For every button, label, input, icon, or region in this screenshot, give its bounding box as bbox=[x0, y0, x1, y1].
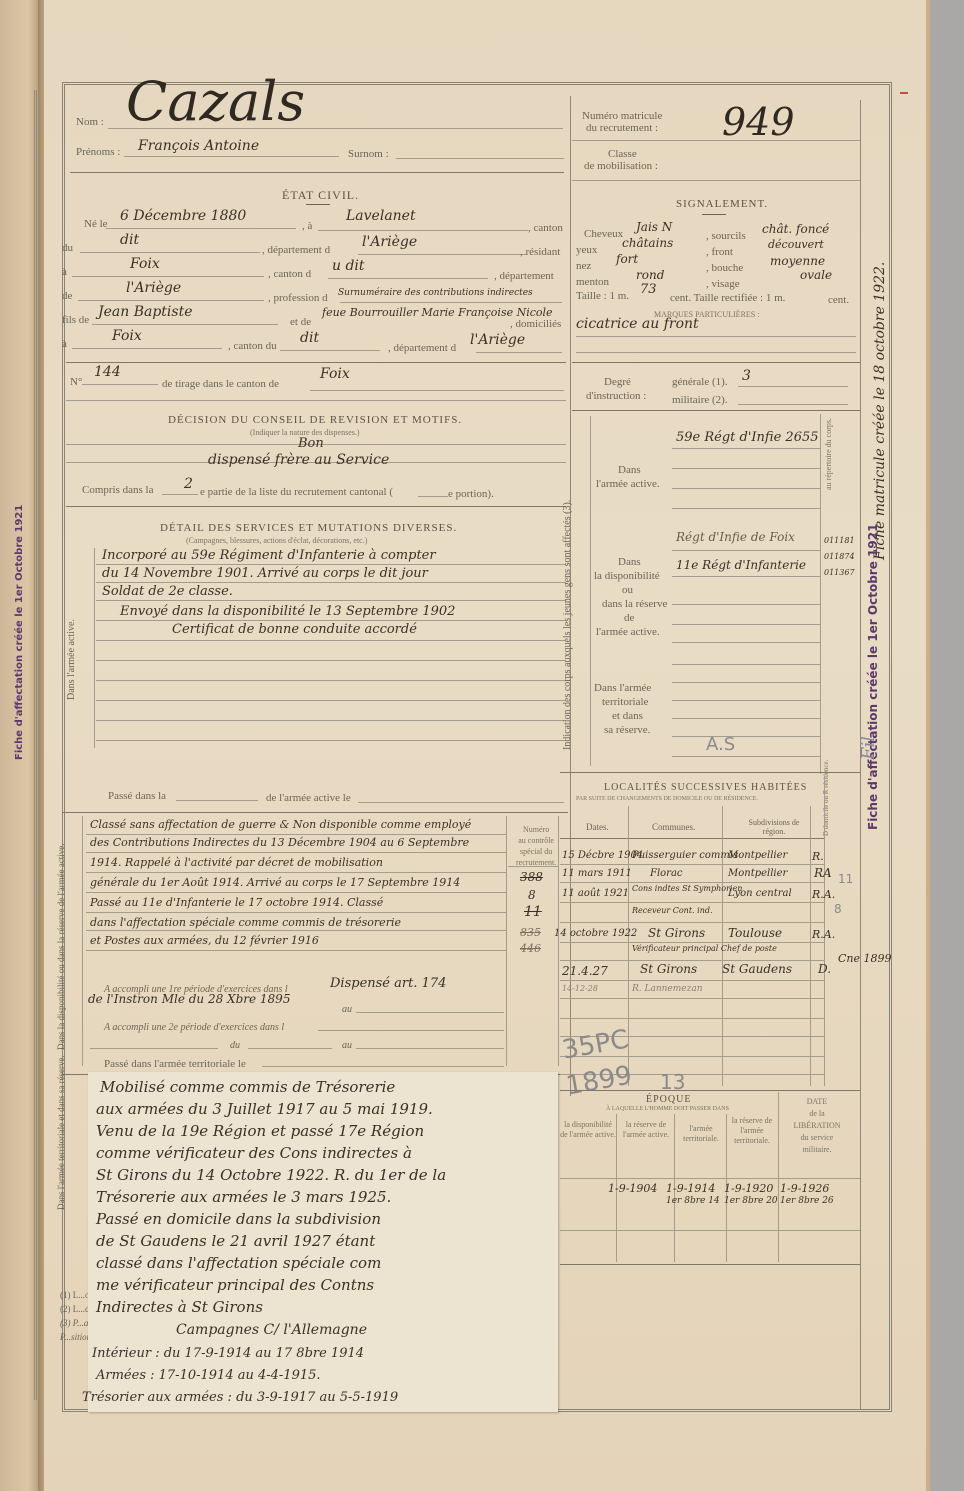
profession-value: Surnuméraire des contributions indirecte… bbox=[338, 288, 533, 298]
row-commune: Vérificateur principal Chef de poste bbox=[632, 944, 777, 953]
menton-value: rond bbox=[636, 268, 664, 282]
bouche-value: moyenne bbox=[770, 254, 825, 268]
active-label-1: Dans bbox=[618, 464, 641, 476]
numero-header-line: au contrôle bbox=[516, 835, 556, 846]
a2-value: Foix bbox=[130, 256, 160, 272]
militaire-label: militaire (2). bbox=[672, 394, 728, 406]
row-date: 11 mars 1911 bbox=[562, 868, 632, 879]
canton3-value: dit bbox=[300, 330, 319, 346]
ne-le-label: Né le bbox=[84, 218, 108, 230]
localites-subtitle: PAR SUITE DE CHANGEMENTS DE DOMICILE OU … bbox=[576, 796, 758, 802]
numero-value: 835 bbox=[520, 926, 541, 939]
liberation-header-line: de la bbox=[784, 1108, 850, 1120]
epoque-value: 1-9-1904 bbox=[608, 1182, 657, 1195]
liberation-header-line: DATE bbox=[784, 1096, 850, 1108]
visage-label: , visage bbox=[706, 278, 740, 290]
campagne-line: Trésorier aux armées : du 3-9-1917 au 5-… bbox=[82, 1390, 398, 1405]
front-value: découvert bbox=[768, 238, 824, 251]
epoque-value-row2: 1er 8bre 20 bbox=[724, 1196, 778, 1206]
row-subdivision: St Gaudens bbox=[722, 962, 792, 976]
territoriale-line: Trésorerie aux armées le 3 mars 1925. bbox=[96, 1188, 391, 1206]
epoque-title: ÉPOQUE bbox=[646, 1094, 691, 1105]
canton2-label: , canton d bbox=[268, 268, 311, 280]
localites-col-subdivisions: Subdivisions de région. bbox=[744, 818, 804, 836]
row-commune: Receveur Cont. ind. bbox=[632, 906, 713, 915]
visage-value: ovale bbox=[800, 268, 832, 282]
numero-value: 446 bbox=[520, 942, 541, 955]
classe-label-1: Classe bbox=[608, 148, 637, 160]
signature: Fil bbox=[858, 736, 879, 760]
taille-value: 73 bbox=[640, 282, 657, 297]
row-date: 21.4.27 bbox=[562, 964, 608, 978]
instruction-label-1: Degré bbox=[604, 376, 631, 388]
periode1-value: Dispensé art. 174 bbox=[330, 976, 446, 991]
campagne-line: Armées : 17-10-1914 au 4-4-1915. bbox=[96, 1368, 321, 1383]
territoriale-line: me vérificateur principal des Contns bbox=[96, 1276, 374, 1294]
periode2-label: A accompli une 2e période d'exercices da… bbox=[104, 1022, 284, 1033]
numero-value: 388 bbox=[520, 870, 543, 884]
passe-mid-label: de l'armée active le bbox=[266, 792, 351, 804]
corps-side-title: Indication des corps auxquels les jeunes… bbox=[562, 500, 573, 750]
row-subdivision: Montpellier bbox=[728, 850, 787, 861]
a-label: , à bbox=[302, 220, 312, 232]
ne-le-value: 6 Décembre 1880 bbox=[120, 208, 246, 224]
territoriale-line: Venu de la 19e Région et passé 17e Régio… bbox=[96, 1122, 424, 1140]
tirage-no-value: 144 bbox=[94, 364, 121, 380]
nez-value: fort bbox=[616, 252, 638, 266]
taille-label: Taille : 1 m. bbox=[576, 290, 629, 302]
signalement-title: SIGNALEMENT. bbox=[676, 198, 768, 210]
reserve-line: générale du 1er Août 1914. Arrivé au cor… bbox=[90, 876, 460, 889]
services-title: DÉTAIL DES SERVICES ET MUTATIONS DIVERSE… bbox=[160, 522, 457, 534]
nez-label: nez bbox=[576, 260, 591, 272]
numero-value: 11 bbox=[524, 904, 542, 920]
territoriale-line: Indirectes à St Girons bbox=[96, 1298, 263, 1316]
a-value: Lavelanet bbox=[346, 208, 416, 224]
matricule-label-1: Numéro matricule bbox=[582, 110, 662, 122]
localites-col-communes: Communes. bbox=[652, 822, 695, 832]
passe-label: Passé dans la bbox=[108, 790, 166, 802]
de-value: l'Ariège bbox=[126, 280, 181, 296]
epoque-value-row2: 1er 8bre 14 bbox=[666, 1196, 720, 1206]
territoriale-line: St Girons du 14 Octobre 1922. R. du 1er … bbox=[96, 1166, 446, 1184]
fiche-matricule-annotation: Fiche matricule créée le 18 octobre 1922… bbox=[872, 262, 888, 560]
reserve-line: dans l'affectation spéciale comme commis… bbox=[90, 916, 401, 929]
campagne-line: Intérieur : du 17-9-1914 au 17 8bre 1914 bbox=[92, 1346, 364, 1361]
side-mark-1: 11 bbox=[838, 872, 853, 886]
dispo-label-0: Dans bbox=[618, 556, 641, 568]
row-commune: St Girons bbox=[648, 926, 705, 940]
periode1-line2: de l'Instron Mle du 28 Xbre 1895 bbox=[88, 992, 290, 1006]
territoriale-value: A.S bbox=[706, 734, 735, 755]
taille-rect-label: cent. Taille rectifiée : 1 m. bbox=[670, 292, 785, 304]
reserve-line: Classé sans affectation de guerre & Non … bbox=[90, 818, 471, 831]
epoque-value: 1-9-1926 bbox=[780, 1182, 829, 1195]
au-label: au bbox=[342, 1004, 352, 1015]
row-dr: RA bbox=[814, 866, 832, 880]
generale-value: 3 bbox=[742, 368, 751, 384]
services-line: du 14 Novembre 1901. Arrivé au corps le … bbox=[102, 566, 428, 581]
profession-label: , profession d bbox=[268, 292, 328, 304]
au-label-2: au bbox=[342, 1040, 352, 1051]
prenoms-label: Prénoms : bbox=[76, 146, 120, 158]
services-line: Soldat de 2e classe. bbox=[102, 584, 233, 599]
territoriale-line: classé dans l'affectation spéciale com bbox=[96, 1254, 381, 1272]
territoriale-label-1: territoriale bbox=[602, 696, 648, 708]
departement-value: l'Ariège bbox=[362, 234, 417, 250]
liberation-header: DATE de la LIBÉRATION du service militai… bbox=[784, 1096, 850, 1156]
fils-value: Jean Baptiste bbox=[98, 304, 193, 320]
numero-controle-header: Numéro au contrôle spécial du recrutemen… bbox=[516, 824, 556, 868]
dispo-value-2: 11e Régt d'Infanterie bbox=[676, 558, 806, 572]
decision-title: DÉCISION DU CONSEIL DE REVISION ET MOTIF… bbox=[168, 414, 462, 426]
surnom-label: Surnom : bbox=[348, 148, 389, 160]
row-dr: R.A. bbox=[812, 888, 835, 901]
marques-value: cicatrice au front bbox=[576, 316, 699, 332]
epoque-col-1: la disponibilité de l'armée active. bbox=[560, 1120, 616, 1140]
bouche-label: , bouche bbox=[706, 262, 743, 274]
epoque-value-row2: 1er 8bre 26 bbox=[780, 1196, 834, 1206]
dispo-label-3: dans la réserve bbox=[602, 598, 667, 610]
previous-page-edge: Fiche d'affectation créée le 1er Octobre… bbox=[0, 0, 40, 1491]
liberation-header-line: LIBÉRATION bbox=[784, 1120, 850, 1132]
departement2-label: , département bbox=[494, 270, 554, 282]
row-subdivision: Montpellier bbox=[728, 868, 787, 879]
territoriale-label-3: sa réserve. bbox=[604, 724, 650, 736]
row-date: 14-12-28 bbox=[562, 984, 598, 993]
dispo-label-1: la disponibilité bbox=[594, 570, 660, 582]
territoriale-line: Passé en domicile dans la subdivision bbox=[96, 1210, 381, 1228]
departement-label: , département d bbox=[262, 244, 330, 256]
tirage-no-label: N° bbox=[70, 376, 82, 388]
yeux-value: châtains bbox=[622, 236, 673, 250]
row-commune: Puisserguier commis bbox=[632, 850, 738, 861]
menton-label: menton bbox=[576, 276, 609, 288]
compris-suffix: e partie de la liste du recrutement cant… bbox=[200, 486, 393, 498]
row-subdivision: Lyon central bbox=[728, 888, 792, 899]
dispo-number: 011874 bbox=[824, 552, 855, 561]
portion-suffix: e portion). bbox=[448, 488, 494, 500]
services-subtitle: (Campagnes, blessures, actions d'éclat, … bbox=[186, 536, 367, 545]
front-label: , front bbox=[706, 246, 733, 258]
services-line: Certificat de bonne conduite accordé bbox=[172, 622, 417, 637]
row-commune: St Girons bbox=[640, 962, 697, 976]
active-label-2: l'armée active. bbox=[596, 478, 660, 490]
liberation-header-line: du service bbox=[784, 1132, 850, 1144]
reserve-line: 1914. Rappelé à l'activité par décret de… bbox=[90, 856, 383, 869]
epoque-col-4: la réserve de l'armée territoriale. bbox=[726, 1116, 778, 1146]
departement3-label: , département d bbox=[388, 342, 456, 354]
services-side-label: Dans l'armée active. bbox=[66, 619, 77, 700]
epoque-value: 1-9-1914 bbox=[666, 1182, 715, 1195]
territoriale-label-0: Dans l'armée bbox=[594, 682, 651, 694]
a3-label: à bbox=[62, 338, 67, 350]
canton2-value: u dit bbox=[332, 258, 365, 274]
dispo-number: 011181 bbox=[824, 536, 855, 545]
fiche-affectation-stamp: Fiche d'affectation créée le 1er Octobre… bbox=[866, 524, 880, 830]
territoriale-label-2: et dans bbox=[612, 710, 643, 722]
red-tick-mark bbox=[900, 92, 908, 94]
localites-title: LOCALITÉS SUCCESSIVES HABITÉES bbox=[604, 782, 807, 793]
reserve-line: Passé au 11e d'Infanterie le 17 octobre … bbox=[90, 896, 383, 909]
row-dr: R. bbox=[812, 850, 824, 863]
previous-page-stamp: Fiche d'affectation créée le 1er Octobre… bbox=[14, 505, 25, 760]
dispo-number: 011367 bbox=[824, 568, 855, 577]
row-dr: D. bbox=[818, 962, 831, 976]
row-commune: Cons indtes St Symphorien bbox=[632, 884, 742, 893]
reserve-line: des Contributions Indirectes du 13 Décem… bbox=[90, 836, 469, 849]
territoriale-line: Mobilisé comme commis de Trésorerie bbox=[100, 1078, 395, 1096]
decision-value-1: Bon bbox=[298, 436, 324, 451]
instruction-label-2: d'instruction : bbox=[586, 390, 646, 402]
row-date: 14 octobre 1922 bbox=[554, 928, 637, 939]
fils-label: fils de bbox=[62, 314, 89, 326]
residant-label: , résidant bbox=[520, 246, 560, 258]
compris-value: 2 bbox=[184, 476, 193, 492]
numero-header-corps: au répertoire du corps. bbox=[824, 418, 833, 490]
tirage-label: de tirage dans le canton de bbox=[162, 378, 279, 390]
row-date: 11 août 1921 bbox=[562, 888, 629, 899]
departement3-value: l'Ariège bbox=[470, 332, 525, 348]
right-annotation: Cne 1899 bbox=[838, 952, 892, 965]
territoriale-line: de St Gaudens le 21 avril 1927 étant bbox=[96, 1232, 375, 1250]
decision-value-2: dispensé frère au Service bbox=[208, 452, 389, 468]
sourcils-label: , sourcils bbox=[706, 230, 746, 242]
du-value: dit bbox=[120, 232, 139, 248]
du-label: du bbox=[230, 1040, 240, 1051]
epoque-subtitle: À LAQUELLE L'HOMME DOIT PASSER DANS bbox=[606, 1106, 729, 1112]
dispo-value-1: Régt d'Infie de Foix bbox=[676, 530, 795, 544]
campagnes-title: Campagnes C/ l'Allemagne bbox=[176, 1322, 367, 1338]
yeux-label: yeux bbox=[576, 244, 597, 256]
territoriale-side-label: Dans l'armée territoriale et dans sa rés… bbox=[56, 1055, 66, 1210]
active-value: 59e Régt d'Infie 2655 bbox=[676, 430, 819, 445]
compris-label: Compris dans la bbox=[82, 484, 154, 496]
nom-value: Cazals bbox=[126, 70, 305, 133]
row-date: 15 Décbre 1904 bbox=[562, 850, 643, 861]
tirage-value: Foix bbox=[320, 366, 350, 382]
du-label: du bbox=[62, 242, 73, 254]
matricule-label-2: du recrutement : bbox=[586, 122, 658, 134]
a2-label: à bbox=[62, 266, 67, 278]
numero-header-line: Numéro bbox=[516, 824, 556, 835]
prenoms-value: François Antoine bbox=[138, 138, 259, 154]
cent-label: cent. bbox=[828, 294, 849, 306]
cheveux-value: Jais N bbox=[636, 220, 672, 234]
liberation-header-line: militaire. bbox=[784, 1144, 850, 1156]
epoque-col-2: la réserve de l'armée active. bbox=[618, 1120, 674, 1140]
a3-value: Foix bbox=[112, 328, 142, 344]
row-subdivision: Toulouse bbox=[728, 926, 782, 940]
mere-label: et de bbox=[290, 316, 311, 328]
reserve-side-label: Dans la disponibilité ou dans la réserve… bbox=[56, 843, 66, 1050]
territoriale-line: aux armées du 3 Juillet 1917 au 5 mai 19… bbox=[96, 1100, 433, 1118]
localites-col-dates: Dates. bbox=[586, 822, 609, 832]
epoque-col-3: l'armée territoriale. bbox=[676, 1124, 726, 1144]
dispo-label-5: l'armée active. bbox=[596, 626, 660, 638]
row-dr: R.A. bbox=[812, 928, 835, 941]
matricule-value: 949 bbox=[722, 100, 795, 144]
classe-label-2: de mobilisation : bbox=[584, 160, 658, 172]
numero-value: 8 bbox=[528, 888, 536, 902]
etat-civil-title: ÉTAT CIVIL. bbox=[282, 188, 359, 203]
dispo-label-4: de bbox=[624, 612, 634, 624]
cheveux-label: Cheveux bbox=[584, 228, 623, 240]
sourcils-value: chât. foncé bbox=[762, 222, 829, 236]
services-line: Envoyé dans la disponibilité le 13 Septe… bbox=[120, 604, 455, 619]
numero-header-line: spécial du bbox=[516, 846, 556, 857]
canton3-label: , canton du bbox=[228, 340, 277, 352]
territoriale-line: comme vérificateur des Cons indirectes à bbox=[96, 1144, 412, 1162]
dispo-label-2: ou bbox=[622, 584, 633, 596]
de-label: de bbox=[62, 290, 72, 302]
passe-territoriale-label: Passé dans l'armée territoriale le bbox=[104, 1058, 246, 1070]
domicilies-label: , domiciliés bbox=[510, 318, 561, 330]
generale-label: générale (1). bbox=[672, 376, 728, 388]
side-mark-2: 8 bbox=[834, 902, 842, 916]
reserve-line: et Postes aux armées, du 12 février 1916 bbox=[90, 934, 319, 947]
epoque-value: 1-9-1920 bbox=[724, 1182, 773, 1195]
row-commune: Florac bbox=[650, 868, 683, 879]
nom-label: Nom : bbox=[76, 116, 104, 128]
canton-label: , canton bbox=[528, 222, 563, 234]
row-commune: R. Lannemezan bbox=[632, 984, 703, 994]
services-line: Incorporé au 59e Régiment d'Infanterie à… bbox=[102, 548, 436, 563]
